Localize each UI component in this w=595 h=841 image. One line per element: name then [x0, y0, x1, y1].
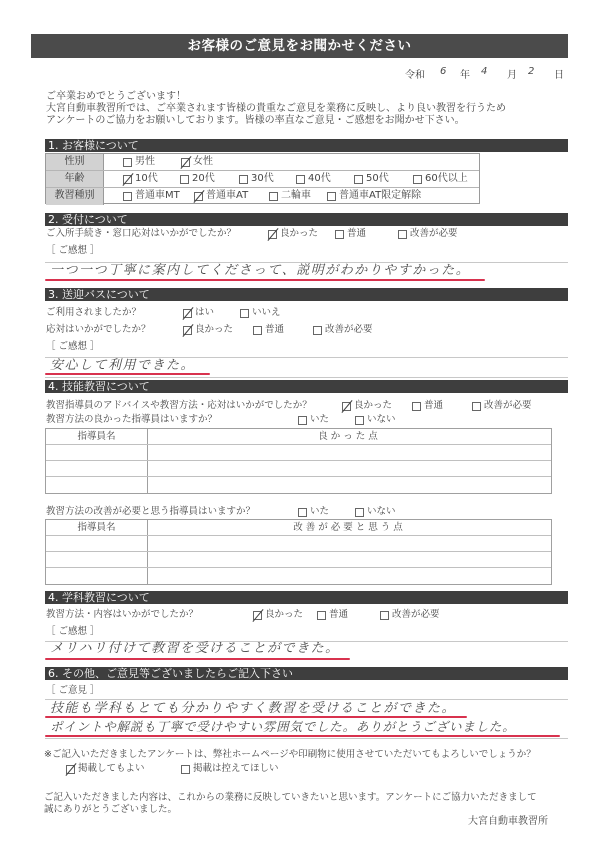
section-header-skill: 4. 技能教習について	[45, 380, 568, 393]
instructor-name-cell[interactable]	[46, 552, 148, 567]
option-normal[interactable]: 普通	[412, 400, 443, 412]
intro-line: 大宮自動車教習所では、ご卒業されます皆様の貴重なご意見を業務に反映し、より良い教…	[46, 103, 506, 115]
option-needs-improvement[interactable]: 改善が必要	[398, 228, 458, 240]
improve-instructor-table: 指導員名 改善が必要と思う点	[45, 519, 552, 585]
column-header-instructor: 指導員名	[46, 429, 148, 444]
option-normal[interactable]: 普通	[253, 324, 284, 336]
column-header-improvement-points: 改善が必要と思う点	[148, 520, 551, 535]
checkbox[interactable]	[380, 611, 389, 620]
option-label: 普通車AT限定解除	[339, 190, 421, 202]
red-underline	[45, 735, 560, 737]
section-header-reception: 2. 受付について	[45, 213, 568, 226]
option-female[interactable]: 女性	[181, 156, 213, 168]
option-label: 40代	[308, 173, 331, 185]
checkbox[interactable]	[317, 611, 326, 620]
gender-row: 性別 男性 女性	[46, 154, 479, 171]
option-yes-there-was[interactable]: いた	[298, 414, 329, 426]
form-title: お客様のご意見をお聞かせください	[31, 34, 568, 58]
good-points-cell[interactable]	[148, 461, 551, 476]
red-underline	[45, 279, 485, 281]
checkbox[interactable]	[180, 175, 189, 184]
option-label: 普通	[424, 400, 443, 412]
date-month-value[interactable]: 4	[481, 64, 487, 80]
option-label: 普通	[347, 228, 366, 240]
option-label: 掲載は控えてほしい	[193, 763, 279, 775]
column-header-instructor: 指導員名	[46, 520, 148, 535]
checkbox[interactable]	[269, 192, 278, 201]
bus-comment[interactable]: 安心して利用できた。	[50, 358, 195, 374]
divider	[45, 738, 568, 739]
option-good[interactable]: 良かった	[183, 324, 233, 336]
good-instructor-question: 教習方法の良かった指導員はいますか？	[46, 414, 217, 426]
improvement-points-cell[interactable]	[148, 568, 551, 584]
option-label: はい	[195, 307, 214, 319]
option-needs-improvement[interactable]: 改善が必要	[472, 400, 532, 412]
section-header-customer: 1. お客様について	[45, 139, 568, 152]
checkbox[interactable]	[253, 326, 262, 335]
option-normal[interactable]: 普通	[335, 228, 366, 240]
signature: 大宮自動車教習所	[468, 816, 548, 828]
checkbox[interactable]	[66, 765, 75, 774]
option-label: いない	[367, 506, 396, 518]
customer-profile-table: 性別 男性 女性 年齢 10代 20代 30代 40代 50代 60代以上 教習…	[45, 153, 480, 204]
intro-line: アンケートのご協力をお願いしております。皆様の率直なご意見・ご感想をお聞かせ下さ…	[46, 115, 465, 127]
checkbox[interactable]	[123, 175, 132, 184]
table-row[interactable]	[46, 552, 551, 568]
option-label: いない	[367, 414, 396, 426]
option-needs-improvement[interactable]: 改善が必要	[313, 324, 373, 336]
checkbox[interactable]	[355, 508, 364, 517]
instructor-name-cell[interactable]	[46, 536, 148, 551]
option-none[interactable]: いない	[355, 414, 396, 426]
option-label: 良かった	[195, 324, 233, 336]
divider	[45, 699, 568, 700]
instructor-name-cell[interactable]	[46, 477, 148, 493]
table-header-row: 指導員名 良かった点	[46, 429, 551, 445]
date-day-unit: 日	[554, 68, 564, 84]
course-type-row: 教習種別 普通車MT 普通車AT 二輪車 普通車AT限定解除	[46, 188, 479, 205]
red-underline	[45, 716, 467, 718]
date-day-value[interactable]: 2	[528, 64, 534, 80]
checkbox[interactable]	[268, 230, 277, 239]
checkbox[interactable]	[298, 416, 307, 425]
option-regular-at[interactable]: 普通車AT	[194, 190, 248, 202]
option-age-60s-plus[interactable]: 60代以上	[413, 173, 468, 185]
improvement-points-cell[interactable]	[148, 552, 551, 567]
checkbox[interactable]	[194, 192, 203, 201]
other-comment-line[interactable]: 技能も学科もとても分かりやすく教習を受けることができた。	[50, 701, 456, 717]
reception-question: ご入所手続き・窓口応対はいかがでしたか？	[46, 228, 236, 240]
option-needs-improvement[interactable]: 改善が必要	[380, 609, 440, 621]
option-label: 改善が必要	[410, 228, 458, 240]
table-row[interactable]	[46, 461, 551, 477]
row-label: 年齢	[46, 171, 104, 187]
checkbox[interactable]	[413, 175, 422, 184]
option-none[interactable]: いない	[355, 506, 396, 518]
checkbox[interactable]	[123, 192, 132, 201]
good-instructor-table: 指導員名 良かった点	[45, 428, 552, 494]
instructor-name-cell[interactable]	[46, 568, 148, 584]
good-points-cell[interactable]	[148, 477, 551, 493]
checkbox[interactable]	[335, 230, 344, 239]
option-label: 改善が必要	[484, 400, 532, 412]
option-motorcycle[interactable]: 二輪車	[269, 190, 311, 202]
checkbox[interactable]	[296, 175, 305, 184]
option-age-20s[interactable]: 20代	[180, 173, 215, 185]
instructor-name-cell[interactable]	[46, 461, 148, 476]
opinion-label: ［ ご意見 ］	[46, 685, 100, 697]
intro-line: ご卒業おめでとうございます！	[46, 91, 186, 103]
checkbox[interactable]	[354, 175, 363, 184]
table-row[interactable]	[46, 536, 551, 552]
column-header-good-points: 良かった点	[148, 429, 551, 444]
checkbox[interactable]	[181, 158, 190, 167]
divider	[45, 377, 568, 378]
table-row[interactable]	[46, 568, 551, 584]
option-label: 60代以上	[425, 173, 468, 185]
option-label: 良かった	[354, 400, 392, 412]
checkbox[interactable]	[342, 402, 351, 411]
academic-question: 教習方法・内容はいかがでしたか？	[46, 609, 198, 621]
checkbox[interactable]	[327, 192, 336, 201]
good-points-cell[interactable]	[148, 445, 551, 460]
option-age-10s[interactable]: 10代	[123, 173, 158, 185]
option-label: 改善が必要	[325, 324, 373, 336]
option-age-50s[interactable]: 50代	[354, 173, 389, 185]
improvement-points-cell[interactable]	[148, 536, 551, 551]
checkbox[interactable]	[412, 402, 421, 411]
option-good[interactable]: 良かった	[342, 400, 392, 412]
comment-label: ［ ご感想 ］	[46, 245, 100, 257]
checkbox[interactable]	[298, 508, 307, 517]
red-underline	[45, 373, 210, 375]
red-underline	[45, 658, 350, 660]
option-label: 普通	[265, 324, 284, 336]
checkbox[interactable]	[472, 402, 481, 411]
option-label: 普通車AT	[206, 190, 248, 202]
bus-service-question: 応対はいかがでしたか？	[46, 324, 151, 336]
instructor-name-cell[interactable]	[46, 445, 148, 460]
closing-line: ご記入いただきました内容は、これからの業務に反映していきたいと思います。アンケー…	[44, 792, 537, 804]
option-label: 50代	[366, 173, 389, 185]
publish-question: ※ご記入いただきましたアンケートは、弊社ホームページや印刷物に使用させていただい…	[44, 749, 536, 761]
academic-comment[interactable]: メリハリ付けて教習を受けることができた。	[50, 641, 340, 657]
option-yes[interactable]: はい	[183, 307, 214, 319]
checkbox[interactable]	[123, 158, 132, 167]
option-label: 二輪車	[281, 190, 311, 202]
row-label: 教習種別	[46, 188, 104, 205]
option-label: 普通	[329, 609, 348, 621]
checkbox[interactable]	[183, 309, 192, 318]
table-row[interactable]	[46, 445, 551, 461]
option-label: 良かった	[280, 228, 318, 240]
checkbox[interactable]	[183, 326, 192, 335]
bus-used-question: ご利用されましたか？	[46, 307, 141, 319]
option-age-30s[interactable]: 30代	[239, 173, 274, 185]
option-no[interactable]: いいえ	[240, 307, 281, 319]
skill-instructor-question: 教習指導員のアドバイスや教習方法・応対はいかがでしたか？	[46, 400, 312, 412]
option-normal[interactable]: 普通	[317, 609, 348, 621]
date-year-unit: 年	[460, 68, 470, 84]
comment-label: ［ ご感想 ］	[46, 341, 100, 353]
option-label: 20代	[192, 173, 215, 185]
option-label: 良かった	[265, 609, 303, 621]
checkbox[interactable]	[355, 416, 364, 425]
checkbox[interactable]	[313, 326, 322, 335]
date-era: 令和	[405, 68, 425, 84]
option-label: いた	[310, 414, 329, 426]
checkbox[interactable]	[181, 765, 190, 774]
comment-label: ［ ご感想 ］	[46, 626, 100, 638]
date-month-unit: 月	[507, 68, 517, 84]
option-label: 普通車MT	[135, 190, 180, 202]
option-publish-ok[interactable]: 掲載してもよい	[66, 763, 145, 775]
checkbox[interactable]	[239, 175, 248, 184]
improve-instructor-question: 教習方法の改善が必要と思う指導員はいますか？	[46, 506, 255, 518]
option-male[interactable]: 男性	[123, 156, 155, 168]
option-label: いた	[310, 506, 329, 518]
age-row: 年齢 10代 20代 30代 40代 50代 60代以上	[46, 171, 479, 188]
section-header-bus: 3. 送迎バスについて	[45, 288, 568, 301]
reception-comment[interactable]: 一つ一つ丁寧に案内してくださって、説明がわかりやすかった。	[50, 263, 470, 279]
option-label: 10代	[135, 173, 158, 185]
option-age-40s[interactable]: 40代	[296, 173, 331, 185]
option-at-limit-removal[interactable]: 普通車AT限定解除	[327, 190, 421, 202]
option-label: 30代	[251, 173, 274, 185]
option-label: 掲載してもよい	[78, 763, 145, 775]
option-regular-mt[interactable]: 普通車MT	[123, 190, 180, 202]
option-publish-decline[interactable]: 掲載は控えてほしい	[181, 763, 279, 775]
checkbox[interactable]	[240, 309, 249, 318]
option-good[interactable]: 良かった	[268, 228, 318, 240]
table-header-row: 指導員名 改善が必要と思う点	[46, 520, 551, 536]
checkbox[interactable]	[398, 230, 407, 239]
option-good[interactable]: 良かった	[253, 609, 303, 621]
table-row[interactable]	[46, 477, 551, 493]
date-year-value[interactable]: 6	[440, 64, 446, 80]
option-label: 改善が必要	[392, 609, 440, 621]
closing-line: 誠にありがとうございました。	[44, 804, 177, 816]
checkbox[interactable]	[253, 611, 262, 620]
option-label: 男性	[135, 156, 155, 168]
option-yes-there-was[interactable]: いた	[298, 506, 329, 518]
section-header-academic: 4. 学科教習について	[45, 591, 568, 604]
option-label: 女性	[193, 156, 213, 168]
row-label: 性別	[46, 154, 104, 170]
section-header-other: 6. その他、ご意見等ございましたらご記入下さい	[45, 667, 568, 680]
option-label: いいえ	[252, 307, 281, 319]
other-comment-line[interactable]: ポイントや解説も丁寧で受けやすい雰囲気でした。ありがとうございました。	[50, 719, 516, 735]
